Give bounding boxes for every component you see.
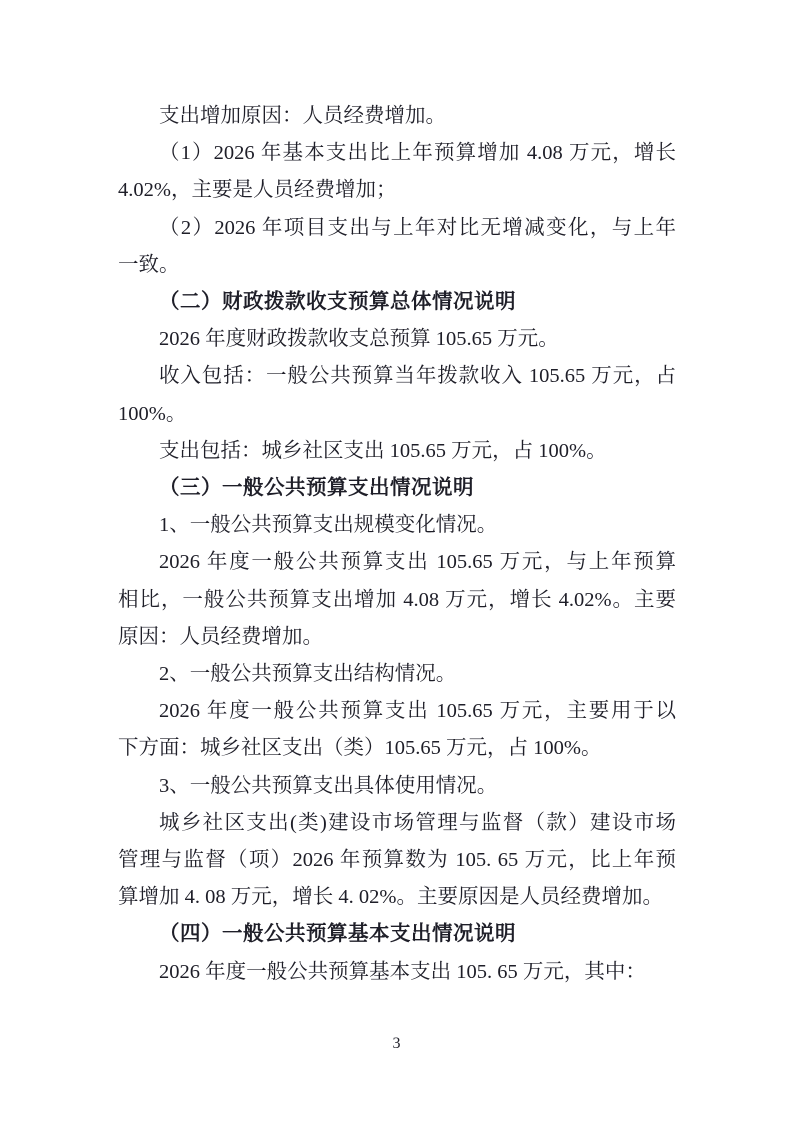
text-line: 支出增加原因：人员经费增加。 bbox=[118, 98, 676, 135]
paragraph: 支出增加原因：人员经费增加。 bbox=[118, 98, 676, 135]
paragraph: 支出包括：城乡社区支出 105.65 万元，占 100%。 bbox=[118, 433, 676, 470]
paragraph: 3、一般公共预算支出具体使用情况。 bbox=[118, 768, 676, 805]
text-line: 支出包括：城乡社区支出 105.65 万元，占 100%。 bbox=[118, 433, 676, 470]
section-heading: （四）一般公共预算基本支出情况说明 bbox=[118, 916, 676, 953]
paragraph: （1）2026 年基本支出比上年预算增加 4.08 万元，增长 4.02%，主要… bbox=[118, 135, 676, 209]
text-line: 2026 年度财政拨款收支总预算 105.65 万元。 bbox=[118, 321, 676, 358]
text-line: 4.02%，主要是人员经费增加； bbox=[118, 172, 676, 209]
text-line: 相比，一般公共预算支出增加 4.08 万元，增长 4.02%。主要 bbox=[118, 582, 676, 619]
section-heading: （三）一般公共预算支出情况说明 bbox=[118, 470, 676, 507]
heading-line: （三）一般公共预算支出情况说明 bbox=[118, 470, 676, 507]
text-line: （1）2026 年基本支出比上年预算增加 4.08 万元，增长 bbox=[118, 135, 676, 172]
text-line: 2026 年度一般公共预算基本支出 105. 65 万元，其中： bbox=[118, 954, 676, 991]
page-number: 3 bbox=[393, 1035, 401, 1052]
paragraph: 1、一般公共预算支出规模变化情况。 bbox=[118, 507, 676, 544]
document-body: 支出增加原因：人员经费增加。 （1）2026 年基本支出比上年预算增加 4.08… bbox=[118, 98, 676, 991]
paragraph: 2026 年度一般公共预算基本支出 105. 65 万元，其中： bbox=[118, 954, 676, 991]
text-line: 2026 年度一般公共预算支出 105.65 万元，与上年预算 bbox=[118, 544, 676, 581]
text-line: 2、一般公共预算支出结构情况。 bbox=[118, 656, 676, 693]
paragraph: 2026 年度一般公共预算支出 105.65 万元，与上年预算 相比，一般公共预… bbox=[118, 544, 676, 656]
text-line: 2026 年度一般公共预算支出 105.65 万元，主要用于以 bbox=[118, 693, 676, 730]
paragraph: 收入包括：一般公共预算当年拨款收入 105.65 万元，占 100%。 bbox=[118, 358, 676, 432]
text-line: 原因：人员经费增加。 bbox=[118, 619, 676, 656]
paragraph: 2026 年度一般公共预算支出 105.65 万元，主要用于以 下方面：城乡社区… bbox=[118, 693, 676, 767]
paragraph: 2、一般公共预算支出结构情况。 bbox=[118, 656, 676, 693]
document-page: 支出增加原因：人员经费增加。 （1）2026 年基本支出比上年预算增加 4.08… bbox=[0, 0, 793, 1122]
paragraph: 2026 年度财政拨款收支总预算 105.65 万元。 bbox=[118, 321, 676, 358]
text-line: 1、一般公共预算支出规模变化情况。 bbox=[118, 507, 676, 544]
section-heading: （二）财政拨款收支预算总体情况说明 bbox=[118, 284, 676, 321]
text-line: 3、一般公共预算支出具体使用情况。 bbox=[118, 768, 676, 805]
text-line: 收入包括：一般公共预算当年拨款收入 105.65 万元，占 bbox=[118, 358, 676, 395]
paragraph: 城乡社区支出(类)建设市场管理与监督（款）建设市场 管理与监督（项）2026 年… bbox=[118, 805, 676, 917]
text-line: 100%。 bbox=[118, 396, 676, 433]
text-line: 管理与监督（项）2026 年预算数为 105. 65 万元，比上年预 bbox=[118, 842, 676, 879]
text-line: 算增加 4. 08 万元，增长 4. 02%。主要原因是人员经费增加。 bbox=[118, 879, 676, 916]
heading-line: （二）财政拨款收支预算总体情况说明 bbox=[118, 284, 676, 321]
page-footer: 3 bbox=[0, 1034, 793, 1054]
text-line: 下方面：城乡社区支出（类）105.65 万元，占 100%。 bbox=[118, 730, 676, 767]
text-line: 城乡社区支出(类)建设市场管理与监督（款）建设市场 bbox=[118, 805, 676, 842]
text-line: 一致。 bbox=[118, 247, 676, 284]
text-line: （2）2026 年项目支出与上年对比无增减变化，与上年 bbox=[118, 210, 676, 247]
heading-line: （四）一般公共预算基本支出情况说明 bbox=[118, 916, 676, 953]
paragraph: （2）2026 年项目支出与上年对比无增减变化，与上年 一致。 bbox=[118, 210, 676, 284]
